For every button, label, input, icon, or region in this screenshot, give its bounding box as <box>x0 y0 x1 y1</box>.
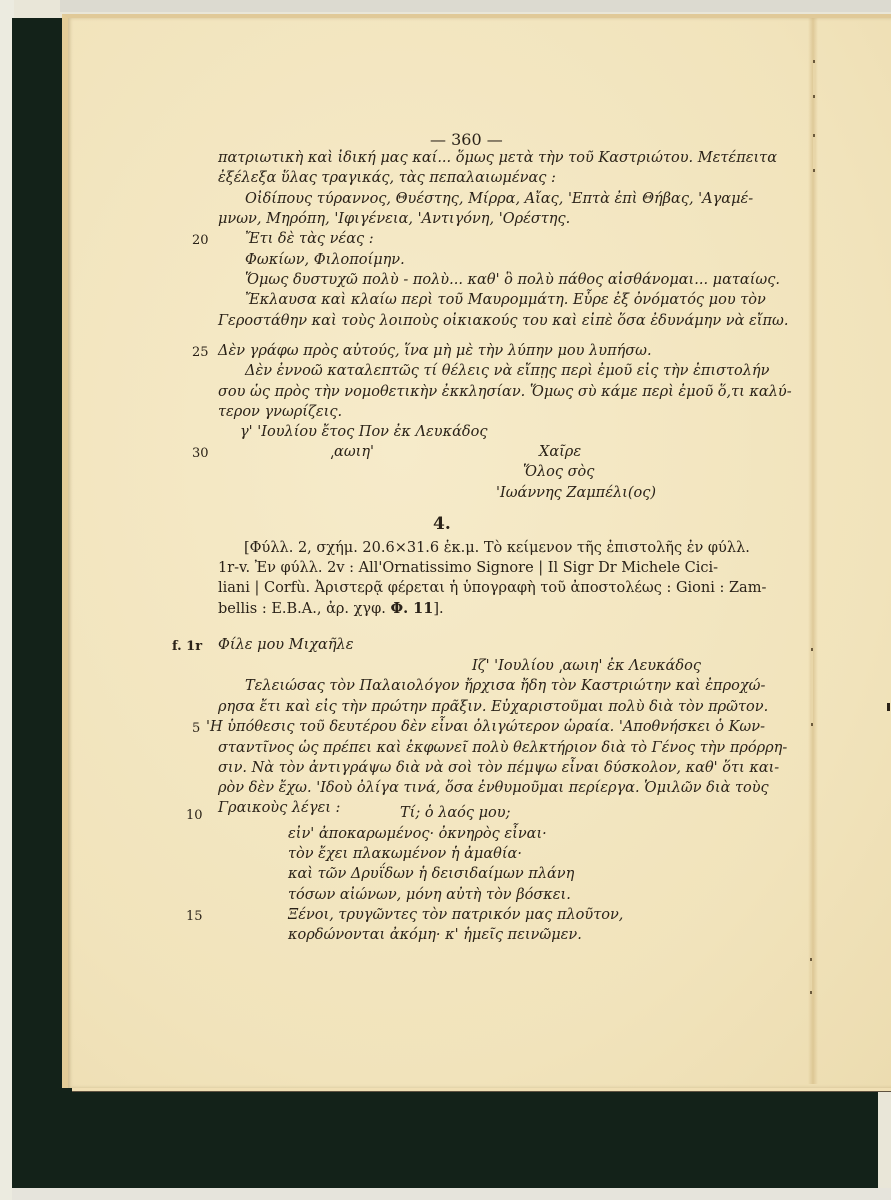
poem-line: Τί; ὁ λαός μου; <box>400 805 511 821</box>
note-line: liani | Corfù. Ἀριστερᾷ φέρεται ἡ ὑπογρα… <box>218 580 766 596</box>
poem-line: κορδώνονται ἀκόμη· κ' ἡμεῖς πεινῶμεν. <box>288 927 582 943</box>
line-number: 5 <box>192 721 200 736</box>
folio-marker: f. 1r <box>172 639 202 654</box>
margin-mark <box>887 703 890 711</box>
text-line: σταντῖνος ὡς πρέπει καὶ ἐκφωνεῖ πολὺ θελ… <box>218 740 787 756</box>
letter-dateline: Ιζ' 'Ιουλίου ͵αωιη' ἐκ Λευκάδος <box>472 658 701 674</box>
text-line: Δὲν γράφω πρὸς αὐτούς, ἵνα μὴ μὲ τὴν λύπ… <box>218 343 652 359</box>
note-line: bellis : E.B.A., ἀρ. χγφ. Φ. 11]. <box>218 600 444 617</box>
text-line: Ἔτι δὲ τὰς νέας : <box>245 231 374 247</box>
poem-line: εἰν' ἀποκαρωμένος· ὀκνηρὸς εἶναι· <box>288 826 547 842</box>
text-line: 'Η ὑπόθεσις τοῦ δευτέρου δὲν εἶναι ὀλιγώ… <box>206 719 765 735</box>
salutation: Φίλε μου Μιχαῆλε <box>218 637 354 653</box>
dateline: γ' 'Ιουλίου ἔτος Πον ἐκ Λευκάδος <box>240 424 487 440</box>
text-line: Οἰδίπους τύραννος, Θυέστης, Μίρρα, Αἴας,… <box>245 191 753 207</box>
text-line: Ὅμως δυστυχῶ πολὺ - πολὺ... καθ' ὃ πολὺ … <box>245 272 780 288</box>
note-text: bellis : E.B.A., ἀρ. χγφ. <box>218 601 386 617</box>
text-line: Φωκίων, Φιλοποίμην. <box>245 252 405 268</box>
text-line: ρὸν δὲν ἔχω. 'Ιδοὺ ὀλίγα τινά, ὅσα ἐνθυμ… <box>218 780 769 796</box>
scan-background-bottom <box>12 1188 891 1200</box>
note-end: ]. <box>433 601 443 617</box>
text-line: σου ὡς πρὸς τὴν νομοθετικὴν ἐκκλησίαν. Ὅ… <box>218 384 792 400</box>
poem-line: καὶ τῶν Δρυΐδων ἡ δεισιδαίμων πλάνη <box>288 866 574 882</box>
text-line: ρησα ἔτι καὶ εἰς τὴν πρώτην πρᾶξιν. Εὐχα… <box>218 699 768 715</box>
note-line: 1r-v. Ἐν φύλλ. 2v : All'Ornatissimo Sign… <box>218 560 718 576</box>
binding-stitch <box>810 958 812 994</box>
archive-reference: Φ. 11 <box>390 600 433 617</box>
text-line: Γραικοὺς λέγει : <box>218 800 340 816</box>
line-number: 25 <box>192 345 209 360</box>
closing-greeting: Χαῖρε <box>539 444 581 460</box>
line-number: 30 <box>192 446 209 461</box>
text-line: ἐξέλεξα ὕλας τραγικάς, τὰς πεπαλαιωμένας… <box>218 170 556 186</box>
poem-line: Ξένοι, τρυγῶντες τὸν πατρικόν μας πλοῦτο… <box>288 907 623 923</box>
scan-background-top <box>60 0 891 12</box>
text-line: σιν. Νὰ τὸν ἀντιγράψω διὰ νὰ σοὶ τὸν πέμ… <box>218 760 779 776</box>
closing-date: ͵αωιη' <box>330 444 374 460</box>
signature: 'Ιωάννης Ζαμπέλι(ος) <box>496 485 656 501</box>
poem-line: τόσων αἰώνων, μόνη αὐτὴ τὸν βόσκει. <box>288 887 571 903</box>
section-number: 4. <box>433 514 451 534</box>
closing-signoff: Ὅλος σὸς <box>523 464 594 480</box>
binding-stitch <box>813 60 815 98</box>
text-line: πατριωτικὴ καὶ ἰδική μας καί... ὅμως μετ… <box>218 150 777 166</box>
text-line: Τελειώσας τὸν Παλαιολόγον ἤρχισα ἤδη τὸν… <box>245 678 765 694</box>
binding-stitch <box>813 134 815 172</box>
line-number: 10 <box>186 808 203 823</box>
poem-line: τὸν ἔχει πλακωμένον ἡ ἀμαθία· <box>288 846 522 862</box>
line-number: 15 <box>186 909 203 924</box>
note-line: [Φύλλ. 2, σχήμ. 20.6×31.6 ἑκ.μ. Τὸ κείμε… <box>244 540 750 556</box>
text-line: Γεροστάθην καὶ τοὺς λοιποὺς οἰκιακούς το… <box>218 313 788 329</box>
page-fold-crease <box>808 18 818 1084</box>
text-line: μνων, Μηρόπη, 'Ιφιγένεια, 'Αντιγόνη, 'Ορ… <box>218 211 570 227</box>
page-number: — 360 — <box>430 130 503 149</box>
text-line: τερον γνωρίζεις. <box>218 404 342 420</box>
text-line: Δὲν ἐννοῶ καταλεπτῶς τί θέλεις νὰ εἴπῃς … <box>245 363 769 379</box>
binding-stitch <box>811 648 813 726</box>
line-number: 20 <box>192 233 209 248</box>
text-line: Ἔκλαυσα καὶ κλαίω περὶ τοῦ Μαυρομμάτη. Ε… <box>245 292 766 308</box>
